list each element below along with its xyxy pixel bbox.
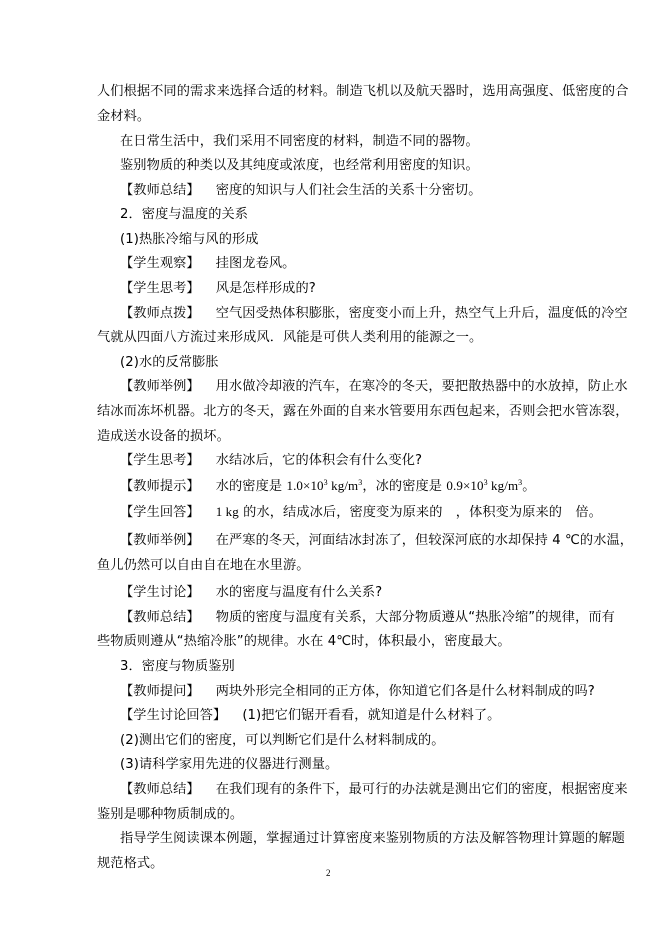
section-heading: 3．密度与物质鉴别 [120, 658, 235, 676]
unit: kg/m [328, 478, 358, 493]
line-text: 在严寒的冬天，河面结冰封冻了，但较深河底的水却保持 4 ℃的水温， [216, 533, 633, 548]
ice-density-value: 0.9×10 [446, 478, 483, 493]
line-text: 。 [522, 479, 535, 494]
student-observe-line: 【学生观察】挂图龙卷风。 [120, 255, 295, 273]
teacher-summary-line: 【教师总结】在我们现有的条件下，最可行的办法就是测出它们的密度，根据密度来 [120, 781, 628, 799]
line-text: 挂图龙卷风。 [216, 256, 296, 271]
teacher-example-line: 【教师举例】在严寒的冬天，河面结冰封冻了，但较深河底的水却保持 4 ℃的水温， [120, 532, 633, 550]
teacher-example-line: 【教师举例】用水做冷却液的汽车，在寒冷的冬天，要把散热器中的水放掉，防止水 [120, 378, 628, 396]
paragraph-line: 金材料。 [97, 108, 150, 126]
paragraph-line: 结冰而冻坏机器。北方的冬天，露在外面的自来水管要用东西包起来，否则会把水管冻裂， [97, 403, 629, 421]
page-number: 2 [326, 868, 331, 878]
line-text: 在我们现有的条件下，最可行的办法就是测出它们的密度，根据密度来 [216, 782, 628, 797]
teacher-summary-line: 【教师总结】密度的知识与人们社会生活的关系十分密切。 [120, 182, 481, 200]
role-tag: 【教师提示】 [120, 479, 200, 494]
paragraph-line: 人们根据不同的需求来选择合适的材料。制造飞机以及航天器时，选用高强度、低密度的合 [97, 83, 629, 101]
line-text: 密度的知识与人们社会生活的关系十分密切。 [216, 183, 482, 198]
line-text: ，冰的密度是 [362, 479, 446, 494]
role-tag: 【学生回答】 [120, 505, 200, 520]
role-tag: 【教师点拨】 [120, 306, 200, 321]
role-tag: 【学生思考】 [120, 453, 200, 468]
role-tag: 【教师总结】 [120, 782, 200, 797]
water-density-value: 1.0×10 [286, 478, 323, 493]
paragraph-line: 指导学生阅读课本例题，掌握通过计算密度来鉴别物质的方法及解答物理计算题的解题 [120, 830, 625, 848]
paragraph-line: 些物质则遵从“热缩冷胀”的规律。水在 4℃时，体积最小，密度最大。 [97, 633, 511, 651]
document-page: 人们根据不同的需求来选择合适的材料。制造飞机以及航天器时，选用高强度、低密度的合… [0, 0, 661, 935]
section-heading: 2．密度与温度的关系 [120, 206, 248, 224]
teacher-hint-line: 【教师提示】水的密度是 1.0×103 kg/m3，冰的密度是 0.9×103 … [120, 477, 536, 496]
role-tag: 【教师总结】 [120, 183, 200, 198]
line-text: 的水，结成冰后，密度变为原来的 ，体积变为原来的 倍。 [239, 505, 602, 520]
subsection-heading: (1)热胀冷缩与风的形成 [120, 231, 259, 249]
line-text: 用水做冷却液的汽车，在寒冷的冬天，要把散热器中的水放掉，防止水 [216, 379, 628, 394]
line-text: 水的密度是 [216, 479, 287, 494]
teacher-summary-line: 【教师总结】物质的密度与温度有关系，大部分物质遵从“热胀冷缩”的规律，而有 [120, 609, 615, 627]
role-tag: 【学生观察】 [120, 256, 200, 271]
paragraph-line: 鉴别是哪种物质制成的。 [97, 806, 243, 824]
role-tag: 【教师提问】 [120, 684, 200, 699]
role-tag: 【学生思考】 [120, 281, 200, 296]
teacher-question-line: 【教师提问】两块外形完全相同的正方体，你知道它们各是什么材料制成的吗? [120, 683, 595, 701]
paragraph-line: 鱼儿仍然可以自由自在地在水里游。 [97, 557, 310, 575]
paragraph-line: 造成送水设备的损坏。 [97, 428, 230, 446]
paragraph-line: 规范格式。 [97, 855, 163, 873]
line-text: 空气因受热体积膨胀，密度变小而上升，热空气上升后，温度低的冷空 [216, 306, 628, 321]
role-tag: 【教师举例】 [120, 379, 200, 394]
student-discuss-answer-line: 【学生讨论回答】(1)把它们锯开看看，就知道是什么材料了。 [120, 707, 500, 725]
paragraph-line: 鉴别物质的种类以及其纯度或浓度，也经常利用密度的知识。 [120, 157, 479, 175]
subsection-heading: (2)水的反常膨胀 [120, 354, 219, 372]
unit: kg/m [488, 478, 518, 493]
teacher-guide-line: 【教师点拨】空气因受热体积膨胀，密度变小而上升，热空气上升后，温度低的冷空 [120, 305, 628, 323]
paragraph-line: 气就从四面八方流过来形成风．风能是可供人类利用的能源之一。 [97, 329, 482, 347]
role-tag: 【学生讨论】 [120, 585, 200, 600]
paragraph-line: (3)请科学家用先进的仪器进行测量。 [120, 756, 338, 774]
line-text: 风是怎样形成的? [216, 281, 316, 296]
role-tag: 【教师总结】 [120, 610, 200, 625]
role-tag: 【教师举例】 [120, 533, 200, 548]
mass-value: 1 kg [216, 504, 239, 519]
line-text: 两块外形完全相同的正方体，你知道它们各是什么材料制成的吗? [216, 684, 595, 699]
line-text: 物质的密度与温度有关系，大部分物质遵从“热胀冷缩”的规律，而有 [216, 610, 615, 625]
role-tag: 【学生讨论回答】 [120, 708, 226, 723]
student-answer-line: 【学生回答】1 kg 的水，结成冰后，密度变为原来的 ，体积变为原来的 倍。 [120, 503, 602, 522]
line-text: 水的密度与温度有什么关系? [216, 585, 383, 600]
student-think-line: 【学生思考】水结冰后，它的体积会有什么变化? [120, 452, 422, 470]
student-think-line: 【学生思考】风是怎样形成的? [120, 280, 316, 298]
line-text: (1)把它们锯开看看，就知道是什么材料了。 [242, 708, 500, 723]
paragraph-line: 在日常生活中，我们采用不同密度的材料，制造不同的器物。 [120, 133, 479, 151]
line-text: 水结冰后，它的体积会有什么变化? [216, 453, 422, 468]
paragraph-line: (2)测出它们的密度，可以判断它们是什么材料制成的。 [120, 732, 445, 750]
student-discuss-line: 【学生讨论】水的密度与温度有什么关系? [120, 584, 382, 602]
